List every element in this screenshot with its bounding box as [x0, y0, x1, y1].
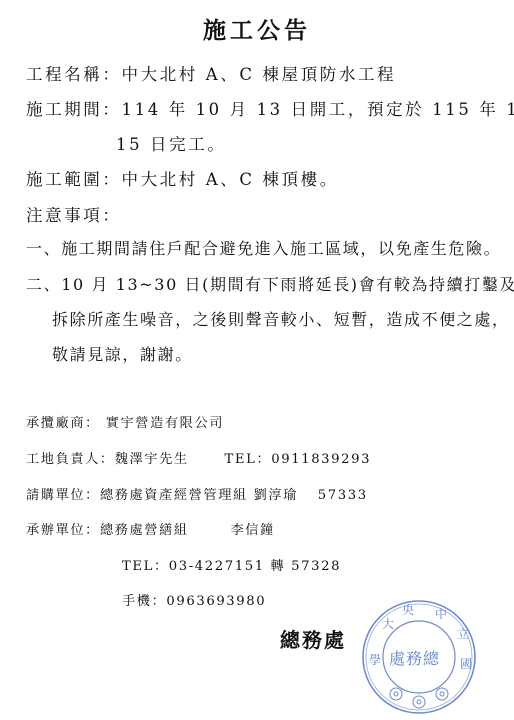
contact-mobile: 手機：0963693980 [122, 590, 266, 609]
note-number: 二、 [26, 275, 61, 294]
period-value-line1: 114 年 10 月 13 日開工，預定於 115 年 1 月 [122, 100, 514, 119]
note-item-1: 一、施工期間請住戶配合避免進入施工區域，以免產生危險。 [26, 236, 501, 259]
seal-center-text: 處務總 [389, 649, 440, 668]
requesting-unit-label: 請購單位： [26, 488, 100, 503]
site-manager-tel: TEL：0911839293 [224, 452, 371, 467]
site-manager-value: 魏澤宇先生 [115, 452, 189, 467]
notes-label: 注意事項： [26, 202, 122, 226]
seal-ring-char: 大 [382, 616, 394, 631]
handling-unit-person: 李信鐘 [230, 523, 274, 538]
requesting-unit-value: 總務處資產經營管理組 劉淳瑜 [100, 488, 298, 503]
period-label: 施工期間： [26, 100, 122, 119]
project-name-row: 工程名稱：中大北村 A、C 棟屋頂防水工程 [26, 61, 396, 85]
seal-ring-char: 國 [460, 657, 472, 671]
seal-icon: 學 大 央 中 立 國 處務總 [360, 598, 478, 716]
seal-ring-char: 央 [402, 602, 414, 617]
contractor-value: 實宇營造有限公司 [106, 416, 224, 431]
requesting-unit-ext: 57333 [318, 488, 368, 503]
note-text-continued: 拆除所產生噪音，之後則聲音較小、短暫，造成不便之處， [52, 307, 510, 330]
note-text: 施工期間請住戶配合避免進入施工區域，以免產生危險。 [61, 239, 501, 258]
signature: 總務處 [280, 624, 346, 653]
site-manager-row: 工地負責人：魏澤宇先生 TEL：0911839293 [26, 448, 371, 467]
note-text-continued: 敬請見諒，謝謝。 [52, 342, 193, 365]
contractor-label: 承攬廠商： [26, 416, 100, 431]
contact-tel: TEL：03-4227151 轉 57328 [122, 555, 341, 574]
seal-ring-char: 學 [369, 653, 381, 667]
scope-row: 施工範圍：中大北村 A、C 棟頂樓。 [26, 166, 339, 190]
handling-unit-label: 承辦單位： [26, 523, 100, 538]
official-seal-stamp: 學 大 央 中 立 國 處務總 [360, 598, 478, 716]
seal-ring-char: 中 [435, 606, 447, 621]
plum-blossom-icon [390, 688, 448, 708]
note-text: 10 月 13~30 日(期間有下雨將延長)會有較為持續打鑿及 [61, 275, 514, 294]
seal-ring-char: 立 [457, 627, 469, 641]
handling-unit-value: 總務處營繕組 [100, 523, 189, 538]
requesting-unit-row: 請購單位：總務處資產經營管理組 劉淳瑜 57333 [26, 484, 368, 503]
project-name-value: 中大北村 A、C 棟屋頂防水工程 [122, 65, 397, 84]
handling-unit-row: 承辦單位：總務處營繕組 李信鐘 [26, 519, 275, 538]
period-row: 施工期間：114 年 10 月 13 日開工，預定於 115 年 1 月 [26, 96, 514, 120]
page-title: 施工公告 [0, 12, 514, 45]
scope-label: 施工範圍： [26, 170, 122, 189]
scope-value: 中大北村 A、C 棟頂樓。 [122, 170, 339, 189]
site-manager-label: 工地負責人： [26, 452, 115, 467]
note-item-2: 二、10 月 13~30 日(期間有下雨將延長)會有較為持續打鑿及 [26, 272, 514, 295]
project-name-label: 工程名稱： [26, 65, 122, 84]
note-number: 一、 [26, 239, 61, 258]
contractor-row: 承攬廠商： 實宇營造有限公司 [26, 412, 224, 431]
period-value-line2: 15 日完工。 [116, 131, 226, 155]
